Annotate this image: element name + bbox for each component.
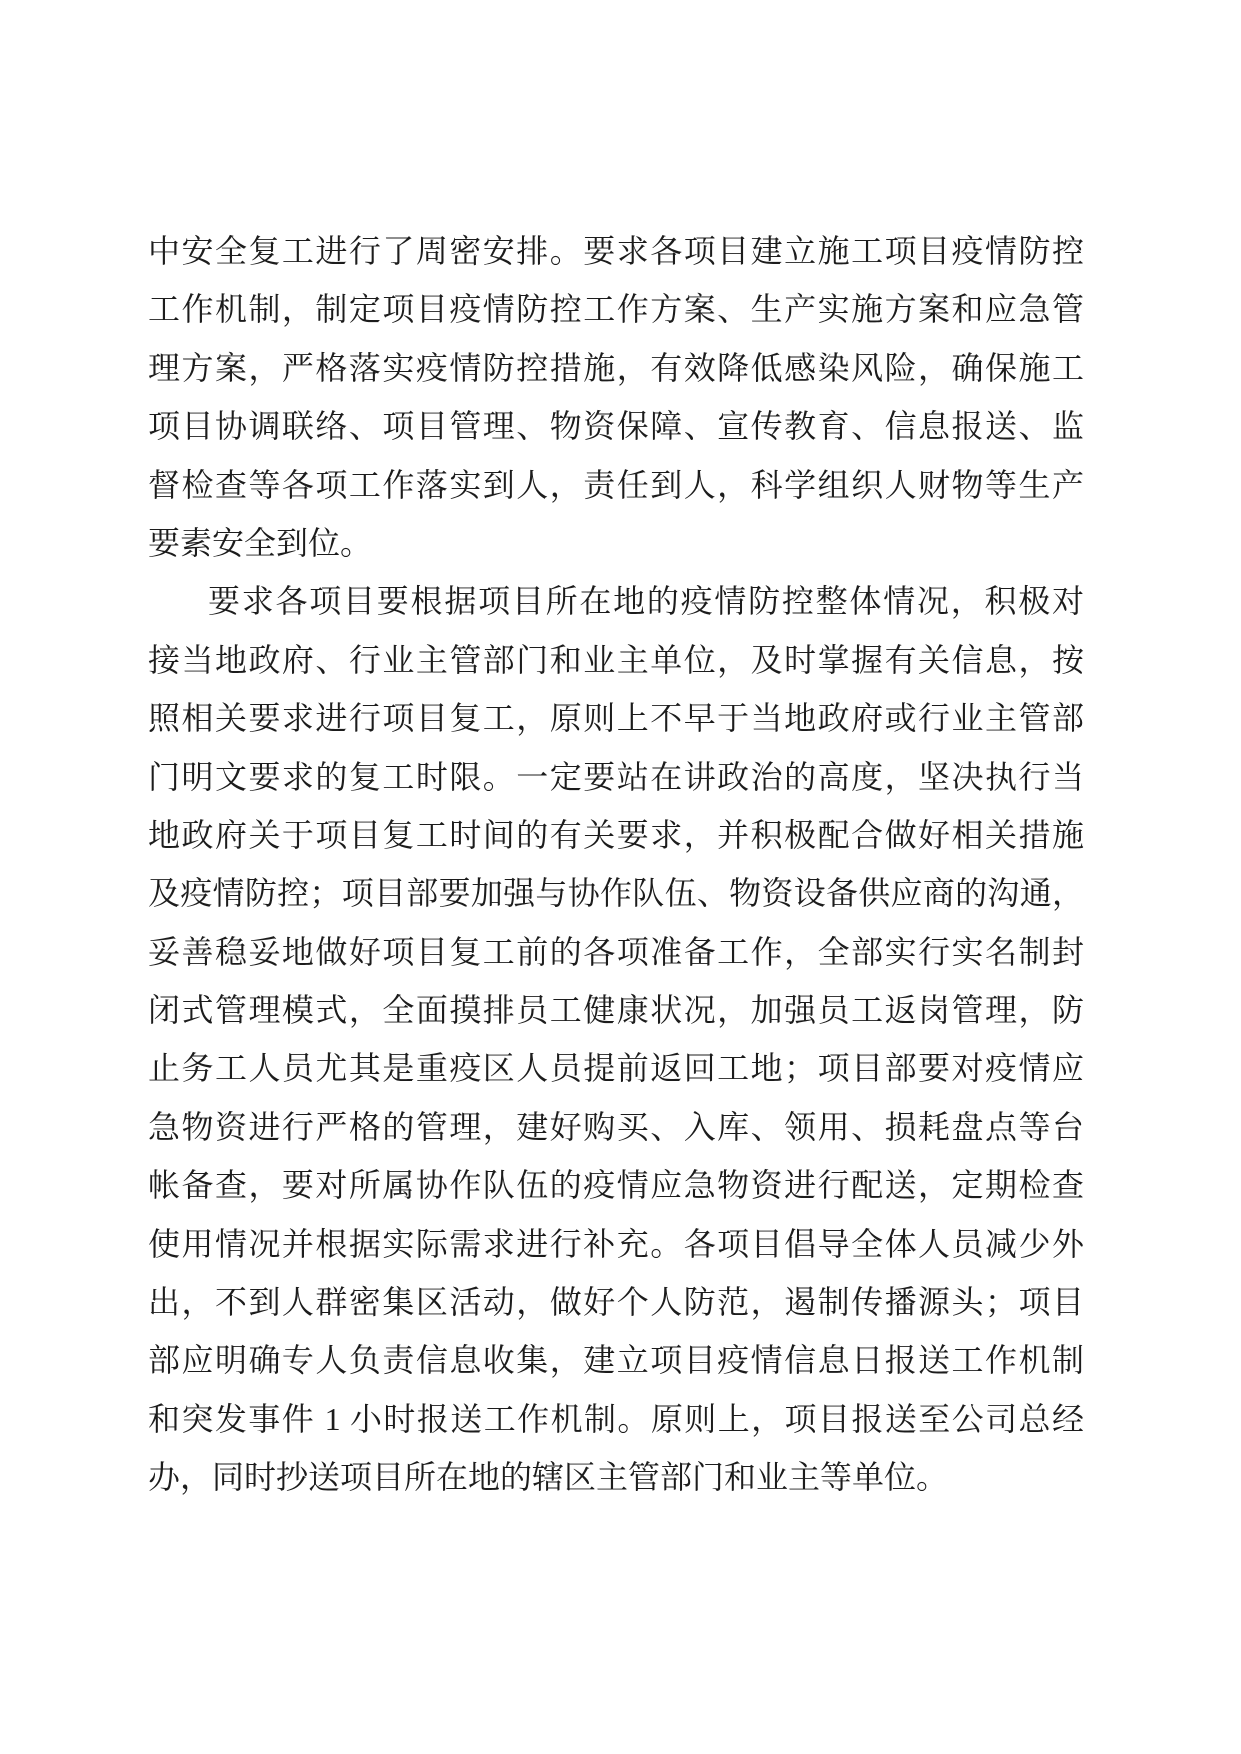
- text-line: 及疫情防控；项目部要加强与协作队伍、物资设备供应商的沟通，: [148, 864, 1084, 922]
- document-page: 中安全复工进行了周密安排。要求各项目建立施工项目疫情防控工作机制，制定项目疫情防…: [0, 0, 1241, 1754]
- text-line: 使用情况并根据实际需求进行补充。各项目倡导全体人员减少外: [148, 1215, 1084, 1273]
- paragraph-1: 中安全复工进行了周密安排。要求各项目建立施工项目疫情防控工作机制，制定项目疫情防…: [148, 222, 1084, 572]
- text-line: 照相关要求进行项目复工，原则上不早于当地政府或行业主管部: [148, 689, 1084, 747]
- text-line: 出，不到人群密集区活动，做好个人防范，遏制传播源头；项目: [148, 1273, 1084, 1331]
- text-line: 门明文要求的复工时限。一定要站在讲政治的高度，坚决执行当: [148, 748, 1084, 806]
- text-line: 工作机制，制定项目疫情防控工作方案、生产实施方案和应急管: [148, 280, 1084, 338]
- text-line: 中安全复工进行了周密安排。要求各项目建立施工项目疫情防控: [148, 222, 1084, 280]
- text-line: 办，同时抄送项目所在地的辖区主管部门和业主等单位。: [148, 1448, 1084, 1506]
- text-line: 地政府关于项目复工时间的有关要求，并积极配合做好相关措施: [148, 806, 1084, 864]
- document-body: 中安全复工进行了周密安排。要求各项目建立施工项目疫情防控工作机制，制定项目疫情防…: [148, 222, 1084, 1507]
- text-line: 部应明确专人负责信息收集，建立项目疫情信息日报送工作机制: [148, 1331, 1084, 1389]
- text-line: 止务工人员尤其是重疫区人员提前返回工地；项目部要对疫情应: [148, 1039, 1084, 1097]
- text-line: 妥善稳妥地做好项目复工前的各项准备工作，全部实行实名制封: [148, 923, 1084, 981]
- text-line: 理方案，严格落实疫情防控措施，有效降低感染风险，确保施工: [148, 339, 1084, 397]
- text-line: 督检查等各项工作落实到人，责任到人，科学组织人财物等生产: [148, 456, 1084, 514]
- text-line: 帐备查，要对所属协作队伍的疫情应急物资进行配送，定期检查: [148, 1156, 1084, 1214]
- text-line: 接当地政府、行业主管部门和业主单位，及时掌握有关信息，按: [148, 631, 1084, 689]
- text-line: 要求各项目要根据项目所在地的疫情防控整体情况，积极对: [148, 572, 1084, 630]
- text-line: 项目协调联络、项目管理、物资保障、宣传教育、信息报送、监: [148, 397, 1084, 455]
- text-line: 要素安全到位。: [148, 514, 1084, 572]
- text-line: 闭式管理模式，全面摸排员工健康状况，加强员工返岗管理，防: [148, 981, 1084, 1039]
- text-line: 和突发事件 1 小时报送工作机制。原则上，项目报送至公司总经: [148, 1390, 1084, 1448]
- paragraph-2: 要求各项目要根据项目所在地的疫情防控整体情况，积极对接当地政府、行业主管部门和业…: [148, 572, 1084, 1506]
- text-line: 急物资进行严格的管理，建好购买、入库、领用、损耗盘点等台: [148, 1098, 1084, 1156]
